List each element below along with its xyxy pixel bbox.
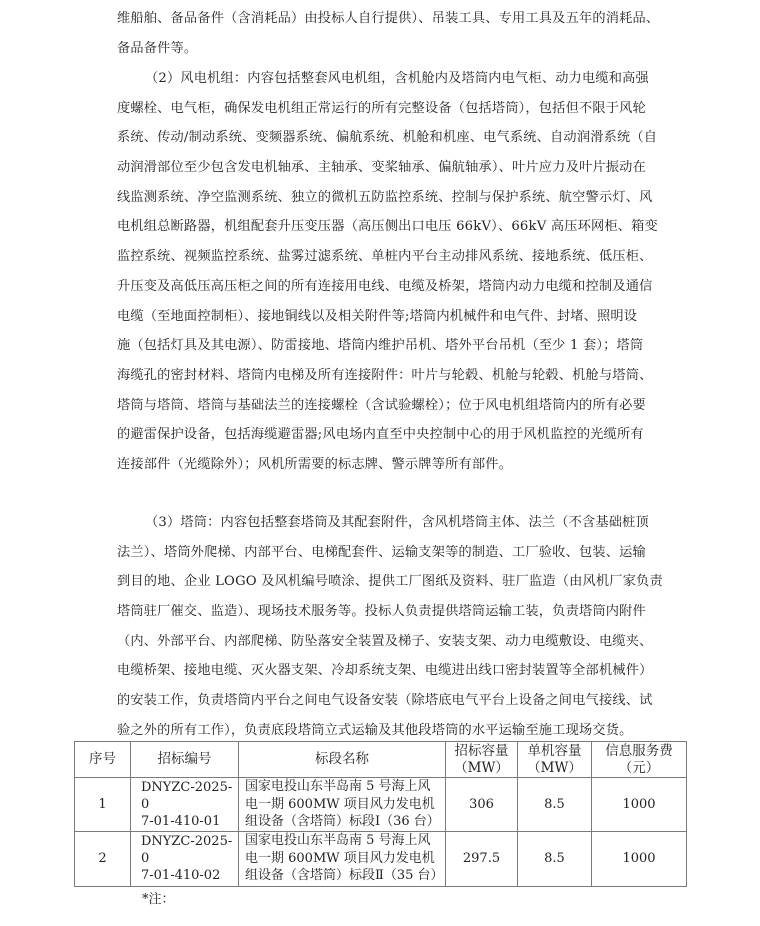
text-line: 电缆（至地面控制柜）、接地铜线以及相关附件等;塔筒内机械件和电气件、封堵、照明设	[117, 302, 697, 332]
bid-sections-table: 序号 招标编号 标段名称 招标容量 （MW） 单机容量 （MW） 信息服务费 （…	[74, 741, 687, 887]
header-seq: 序号	[75, 742, 131, 778]
text-line: 备品备件等。	[117, 34, 697, 64]
text-line: 动润滑部位至少包含发电机轴承、主轴承、变桨轴承、偏航轴承）、叶片应力及叶片振动在	[117, 153, 697, 183]
text-line: 法兰）、塔筒外爬梯、内部平台、电梯配套件、运输支架等的制造、工厂验收、包装、运输	[117, 538, 697, 568]
text-line: （3）塔筒：内容包括整套塔筒及其配套附件，含风机塔筒主体、法兰（不含基础桩顶	[117, 508, 697, 538]
header-fee-unit: （元）	[619, 760, 660, 776]
text-line: （2）风电机组：内容包括整套风电机组，含机舱内及塔筒内电气柜、动力电缆和高强	[117, 64, 697, 94]
header-unit-capacity-unit: （MW）	[527, 760, 582, 776]
cell-capacity: 297.5	[446, 831, 518, 886]
header-unit-capacity: 单机容量 （MW）	[518, 742, 592, 778]
table-row: 1 DNYZC-2025-0 7-01-410-01 国家电投山东半岛南 5 号…	[75, 778, 687, 832]
cell-seq: 2	[75, 831, 131, 886]
text-line: 电缆桥架、接地电缆、灭火器支架、冷却系统支架、电缆进出线口密封装置等全部机械件）	[117, 656, 697, 686]
header-code: 招标编号	[131, 742, 239, 778]
text-line: 塔筒与塔筒、塔筒与基础法兰的连接螺栓（含试验螺栓）；位于风电机组塔筒内的所有必要	[117, 391, 697, 421]
header-unit-capacity-label: 单机容量	[528, 743, 582, 759]
name-line: 电一期 600MW 项目风力发电机	[245, 851, 435, 866]
text-line: （内、外部平台、内部爬梯、防坠落安全装置及梯子、安装支架、动力电缆敷设、电缆夹、	[117, 627, 697, 657]
paragraph-tower: （3）塔筒：内容包括整套塔筒及其配套附件，含风机塔筒主体、法兰（不含基础桩顶 法…	[117, 508, 697, 746]
name-line: 国家电投山东半岛南 5 号海上风	[245, 779, 431, 794]
name-line: 组设备（含塔筒）标段Ⅱ（35 台）	[245, 868, 444, 883]
table-row: 2 DNYZC-2025-0 7-01-410-02 国家电投山东半岛南 5 号…	[75, 831, 687, 886]
code-line: 7-01-410-01	[141, 814, 220, 829]
name-line: 电一期 600MW 项目风力发电机	[245, 797, 435, 812]
header-capacity-label: 招标容量	[455, 743, 509, 759]
cell-fee: 1000	[592, 831, 687, 886]
text-line: 海缆孔的密封材料、塔筒内电梯及所有连接附件：叶片与轮毂、机舱与轮毂、机舱与塔筒、	[117, 361, 697, 391]
name-line: 国家电投山东半岛南 5 号海上风	[245, 833, 431, 848]
name-line: 组设备（含塔筒）标段Ⅰ（36 台）	[245, 814, 440, 829]
header-capacity-unit: （MW）	[454, 760, 509, 776]
paragraph-continuation: 维船舶、备品备件（含消耗品）由投标人自行提供）、吊装工具、专用工具及五年的消耗品…	[117, 4, 697, 63]
text-line: 度螺栓、电气柜，确保发电机组正常运行的所有完整设备（包括塔筒），包括但不限于风轮	[117, 94, 697, 124]
header-capacity: 招标容量 （MW）	[446, 742, 518, 778]
text-line: 施（包括灯具及其电源）、防雷接地、塔筒内维护吊机、塔外平台吊机（至少 1 套）；…	[117, 331, 697, 361]
text-line: 电机组总断路器，机组配套升压变压器（高压侧出口电压 66kV）、66kV 高压环…	[117, 212, 697, 242]
cell-capacity: 306	[446, 778, 518, 832]
cell-unit-capacity: 8.5	[518, 831, 592, 886]
cell-code: DNYZC-2025-0 7-01-410-01	[131, 778, 239, 832]
text-line: 的避雷保护设备，包括海缆避雷器;风电场内直至中央控制中心的用于风机监控的光缆所有	[117, 420, 697, 450]
header-fee-label: 信息服务费	[605, 743, 673, 759]
text-line: 维船舶、备品备件（含消耗品）由投标人自行提供）、吊装工具、专用工具及五年的消耗品…	[117, 4, 697, 34]
cell-seq: 1	[75, 778, 131, 832]
text-line: 升压变及高低压高压柜之间的所有连接用电线、电缆及桥架，塔筒内动力电缆和控制及通信	[117, 272, 697, 302]
text-line: 监控系统、视频监控系统、盐雾过滤系统、单桩内平台主动排风系统、接地系统、低压柜、	[117, 242, 697, 272]
cell-code: DNYZC-2025-0 7-01-410-02	[131, 831, 239, 886]
table-note: *注：	[142, 888, 175, 907]
text-line: 的安装工作，负责塔筒内平台之间电气设备安装（除塔底电气平台上设备之间电气接线、试	[117, 686, 697, 716]
cell-name: 国家电投山东半岛南 5 号海上风 电一期 600MW 项目风力发电机 组设备（含…	[239, 778, 446, 832]
text-line: 线监测系统、净空监测系统、独立的微机五防监控系统、控制与保护系统、航空警示灯、风	[117, 183, 697, 213]
code-line: 7-01-410-02	[141, 868, 220, 883]
code-line: DNYZC-2025-0	[141, 834, 232, 866]
code-line: DNYZC-2025-0	[141, 780, 232, 812]
header-fee: 信息服务费 （元）	[592, 742, 687, 778]
table-header-row: 序号 招标编号 标段名称 招标容量 （MW） 单机容量 （MW） 信息服务费 （…	[75, 742, 687, 778]
text-line: 塔筒驻厂催交、监造）、现场技术服务等。投标人负责提供塔筒运输工装，负责塔筒内附件	[117, 597, 697, 627]
cell-fee: 1000	[592, 778, 687, 832]
text-line: 连接部件（光缆除外）；风机所需要的标志牌、警示牌等所有部件。	[117, 450, 697, 480]
paragraph-wind-turbine: （2）风电机组：内容包括整套风电机组，含机舱内及塔筒内电气柜、动力电缆和高强 度…	[117, 64, 697, 480]
text-line: 到目的地、企业 LOGO 及风机编号喷涂、提供工厂图纸及资料、驻厂监造（由风机厂…	[117, 567, 697, 597]
cell-unit-capacity: 8.5	[518, 778, 592, 832]
header-name: 标段名称	[239, 742, 446, 778]
document-page: 维船舶、备品备件（含消耗品）由投标人自行提供）、吊装工具、专用工具及五年的消耗品…	[0, 0, 760, 926]
text-line: 系统、传动/制动系统、变频器系统、偏航系统、机舱和机座、电气系统、自动润滑系统（…	[117, 123, 697, 153]
cell-name: 国家电投山东半岛南 5 号海上风 电一期 600MW 项目风力发电机 组设备（含…	[239, 831, 446, 886]
